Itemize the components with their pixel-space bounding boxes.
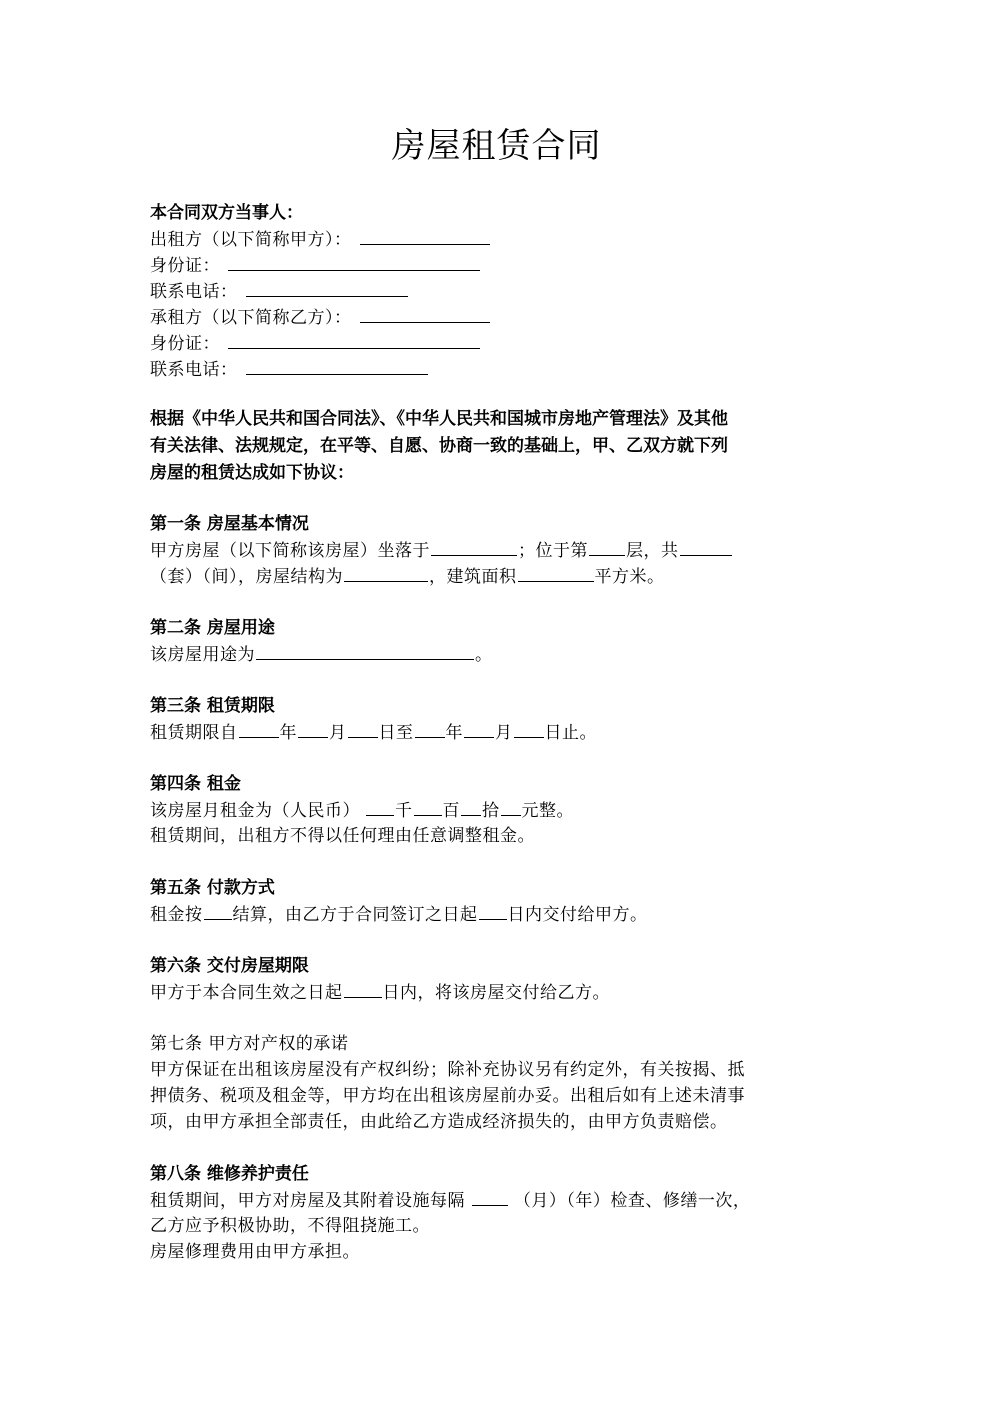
article-1-line-2: （套）（间），房屋结构为，建筑面积平方米。	[150, 563, 665, 590]
rent-ones-blank[interactable]	[501, 797, 521, 816]
rent-hundreds-blank[interactable]	[414, 797, 442, 816]
location-blank[interactable]	[431, 537, 517, 556]
article-5-line-1: 租金按结算，由乙方于合同签订之日起日内交付给甲方。	[150, 901, 648, 928]
lessor-phone-blank[interactable]	[246, 278, 408, 297]
contract-page: 房屋租赁合同 本合同双方当事人： 出租方（以下简称甲方）： 身份证： 联系电话：…	[0, 0, 993, 1404]
text: 甲方房屋（以下简称该房屋）坐落于	[150, 541, 430, 561]
text: 日内交付给甲方。	[508, 905, 648, 925]
lessor-phone-label: 联系电话：	[150, 282, 238, 302]
lessee-phone-line: 联系电话：	[150, 356, 429, 383]
lessor-id-line: 身份证：	[150, 252, 481, 279]
article-4-heading: 第四条 租金	[150, 771, 241, 797]
lessor-name-blank[interactable]	[360, 226, 490, 245]
preamble-line-1: 根据《中华人民共和国合同法》、《中华人民共和国城市房地产管理法》及其他	[150, 406, 728, 432]
text: 该房屋用途为	[150, 645, 255, 665]
text: 千	[395, 801, 413, 821]
lessee-id-blank[interactable]	[228, 330, 480, 349]
text: 该房屋月租金为（人民币）	[150, 801, 360, 821]
text: 层，共	[626, 541, 679, 561]
lessee-id-line: 身份证：	[150, 330, 481, 357]
article-6-heading: 第六条 交付房屋期限	[150, 953, 309, 979]
text: 。	[475, 645, 493, 665]
text: 结算，由乙方于合同签订之日起	[233, 905, 478, 925]
text: 日止。	[545, 723, 598, 743]
parties-heading: 本合同双方当事人：	[150, 200, 303, 226]
article-1-line-1: 甲方房屋（以下简称该房屋）坐落于；位于第层，共	[150, 537, 733, 564]
lessor-id-blank[interactable]	[228, 252, 480, 271]
text: （月）（年）检查、修缮一次，	[514, 1191, 751, 1211]
text: 月	[495, 723, 513, 743]
article-4-line-2: 租赁期间，出租方不得以任何理由任意调整租金。	[150, 823, 535, 849]
text: 甲方于本合同生效之日起	[150, 983, 343, 1003]
text: ，建筑面积	[429, 567, 517, 587]
lessor-line: 出租方（以下简称甲方）：	[150, 226, 491, 253]
preamble-line-3: 房屋的租赁达成如下协议：	[150, 460, 354, 486]
start-day-blank[interactable]	[348, 719, 378, 738]
article-6-line-1: 甲方于本合同生效之日起日内，将该房屋交付给乙方。	[150, 979, 610, 1006]
rent-thousands-blank[interactable]	[366, 797, 394, 816]
lessor-id-label: 身份证：	[150, 256, 220, 276]
lessee-id-label: 身份证：	[150, 334, 220, 354]
article-8-heading: 第八条 维修养护责任	[150, 1161, 309, 1187]
text: 年	[446, 723, 464, 743]
lessee-line: 承租方（以下简称乙方）：	[150, 304, 491, 331]
start-month-blank[interactable]	[298, 719, 328, 738]
payment-period-blank[interactable]	[204, 901, 232, 920]
article-2-line-1: 该房屋用途为。	[150, 641, 493, 668]
lessee-label: 承租方（以下简称乙方）：	[150, 308, 352, 328]
payment-days-blank[interactable]	[479, 901, 507, 920]
start-year-blank[interactable]	[239, 719, 279, 738]
rent-tens-blank[interactable]	[461, 797, 481, 816]
lessee-phone-blank[interactable]	[246, 356, 428, 375]
end-month-blank[interactable]	[464, 719, 494, 738]
end-day-blank[interactable]	[514, 719, 544, 738]
text: 日内，将该房屋交付给乙方。	[383, 983, 611, 1003]
structure-blank[interactable]	[344, 563, 428, 582]
text: ；位于第	[518, 541, 588, 561]
inspection-interval-blank[interactable]	[472, 1187, 508, 1206]
text: 百	[443, 801, 461, 821]
area-blank[interactable]	[518, 563, 594, 582]
text: 年	[280, 723, 298, 743]
lessor-label: 出租方（以下简称甲方）：	[150, 230, 352, 250]
lessee-name-blank[interactable]	[360, 304, 490, 323]
text: 租赁期限自	[150, 723, 238, 743]
end-year-blank[interactable]	[415, 719, 445, 738]
text: 月	[329, 723, 347, 743]
floor-blank[interactable]	[589, 537, 625, 556]
text: 拾	[482, 801, 500, 821]
text: 租金按	[150, 905, 203, 925]
text: 租赁期间，甲方对房屋及其附着设施每隔	[150, 1191, 471, 1211]
article-8-line-1: 租赁期间，甲方对房屋及其附着设施每隔 （月）（年）检查、修缮一次，	[150, 1187, 750, 1214]
article-3-line-1: 租赁期限自年月日至年月日止。	[150, 719, 597, 746]
article-7-line-3: 项，由甲方承担全部责任，由此给乙方造成经济损失的，由甲方负责赔偿。	[150, 1109, 728, 1135]
text: （套）（间），房屋结构为	[150, 567, 343, 587]
delivery-days-blank[interactable]	[344, 979, 382, 998]
lessor-phone-line: 联系电话：	[150, 278, 409, 305]
article-4-line-1: 该房屋月租金为（人民币）千百拾元整。	[150, 797, 574, 824]
document-title: 房屋租赁合同	[0, 122, 993, 170]
preamble-line-2: 有关法律、法规规定，在平等、自愿、协商一致的基础上，甲、乙双方就下列	[150, 433, 728, 459]
article-3-heading: 第三条 租赁期限	[150, 693, 275, 719]
text: 日至	[379, 723, 414, 743]
units-blank[interactable]	[680, 537, 732, 556]
article-8-line-3: 房屋修理费用由甲方承担。	[150, 1239, 360, 1265]
lessee-phone-label: 联系电话：	[150, 360, 238, 380]
text: 元整。	[522, 801, 575, 821]
article-7-heading: 第七条 甲方对产权的承诺	[150, 1031, 348, 1057]
article-5-heading: 第五条 付款方式	[150, 875, 275, 901]
article-1-heading: 第一条 房屋基本情况	[150, 511, 309, 537]
usage-blank[interactable]	[256, 641, 474, 660]
article-8-line-2: 乙方应予积极协助，不得阻挠施工。	[150, 1213, 430, 1239]
article-2-heading: 第二条 房屋用途	[150, 615, 275, 641]
article-7-line-2: 押债务、税项及租金等，甲方均在出租该房屋前办妥。出租后如有上述未清事	[150, 1083, 745, 1109]
text: 平方米。	[595, 567, 665, 587]
article-7-line-1: 甲方保证在出租该房屋没有产权纠纷；除补充协议另有约定外，有关按揭、抵	[150, 1057, 745, 1083]
